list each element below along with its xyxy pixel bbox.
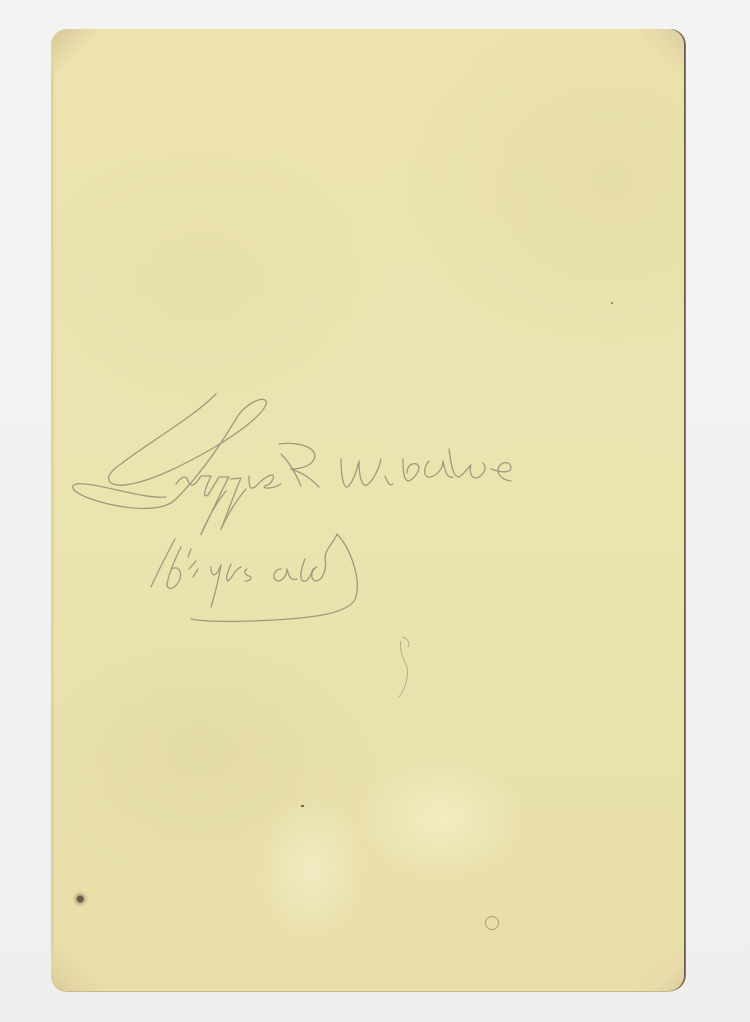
pencil-inscription <box>51 29 684 991</box>
cabinet-card-back: Lizzie R Wilde 16½ yrs old <box>51 29 684 991</box>
